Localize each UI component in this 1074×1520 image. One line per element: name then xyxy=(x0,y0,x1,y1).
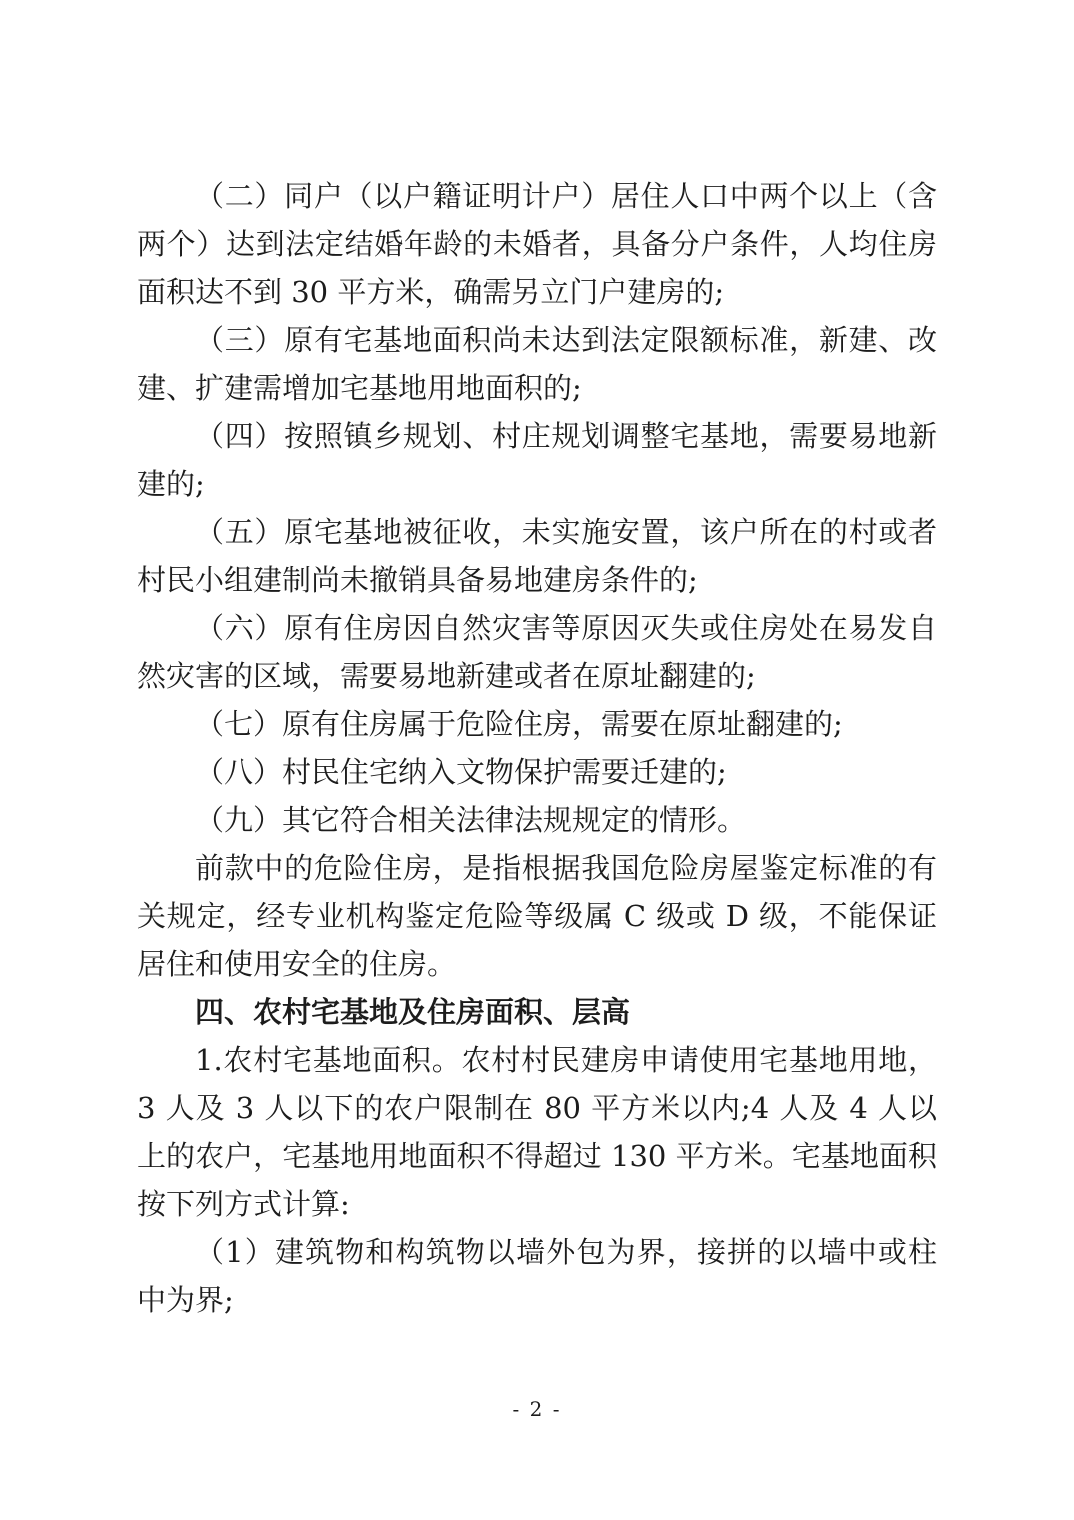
document-body: （二）同户（以户籍证明计户）居住人口中两个以上（含两个）达到法定结婚年龄的未婚者… xyxy=(137,172,937,1324)
paragraph-calc-rule-1: （1）建筑物和构筑物以墙外包为界，接拼的以墙中或柱中为界; xyxy=(137,1228,937,1324)
paragraph-homestead-area: 1.农村宅基地面积。农村村民建房申请使用宅基地用地，3 人及 3 人以下的农户限… xyxy=(137,1036,937,1228)
document-page: （二）同户（以户籍证明计户）居住人口中两个以上（含两个）达到法定结婚年龄的未婚者… xyxy=(0,0,1074,1520)
paragraph-item-5: （五）原宅基地被征收，未实施安置，该户所在的村或者村民小组建制尚未撤销具备易地建… xyxy=(137,508,937,604)
paragraph-danger-housing-definition: 前款中的危险住房，是指根据我国危险房屋鉴定标准的有关规定，经专业机构鉴定危险等级… xyxy=(137,844,937,988)
section-heading-four: 四、农村宅基地及住房面积、层高 xyxy=(137,988,937,1036)
paragraph-item-8: （八）村民住宅纳入文物保护需要迁建的; xyxy=(137,748,937,796)
paragraph-item-2: （二）同户（以户籍证明计户）居住人口中两个以上（含两个）达到法定结婚年龄的未婚者… xyxy=(137,172,937,316)
paragraph-item-6: （六）原有住房因自然灾害等原因灭失或住房处在易发自然灾害的区域，需要易地新建或者… xyxy=(137,604,937,700)
paragraph-item-9: （九）其它符合相关法律法规规定的情形。 xyxy=(137,796,937,844)
page-number: - 2 - xyxy=(0,1395,1074,1423)
paragraph-item-3: （三）原有宅基地面积尚未达到法定限额标准，新建、改建、扩建需增加宅基地用地面积的… xyxy=(137,316,937,412)
paragraph-item-4: （四）按照镇乡规划、村庄规划调整宅基地，需要易地新建的; xyxy=(137,412,937,508)
paragraph-item-7: （七）原有住房属于危险住房，需要在原址翻建的; xyxy=(137,700,937,748)
